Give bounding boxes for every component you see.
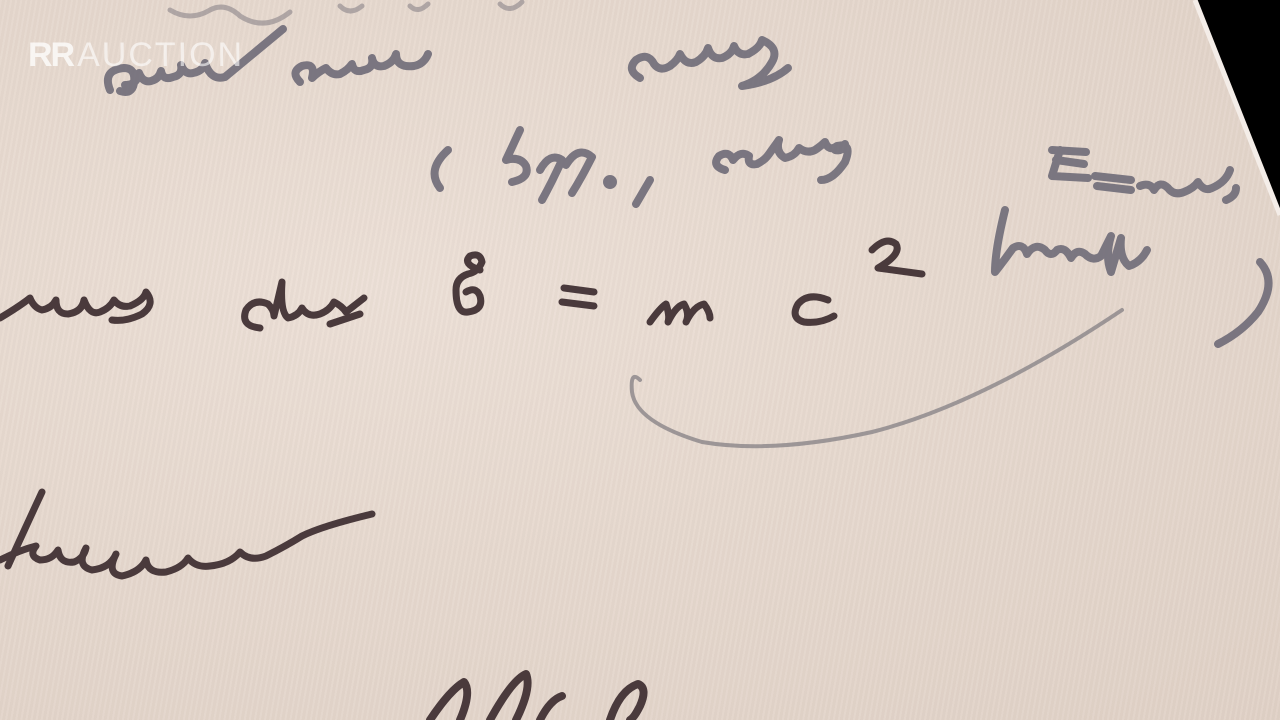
main-line-2 xyxy=(0,492,372,576)
annotation-line-2 xyxy=(435,130,1236,204)
photo-scene: Answer same evening (5pp., containing E=… xyxy=(0,0,1280,720)
main-line-1 xyxy=(0,241,922,328)
watermark-brand-bold: RR xyxy=(28,36,73,75)
annotation-line-3 xyxy=(995,210,1269,344)
rr-auction-watermark: RR AUCTION xyxy=(28,36,244,75)
main-line-3 xyxy=(430,674,644,720)
watermark-brand-light: AUCTION xyxy=(77,36,244,75)
handwriting-layer xyxy=(0,0,1280,720)
pencil-arrow xyxy=(632,310,1122,446)
